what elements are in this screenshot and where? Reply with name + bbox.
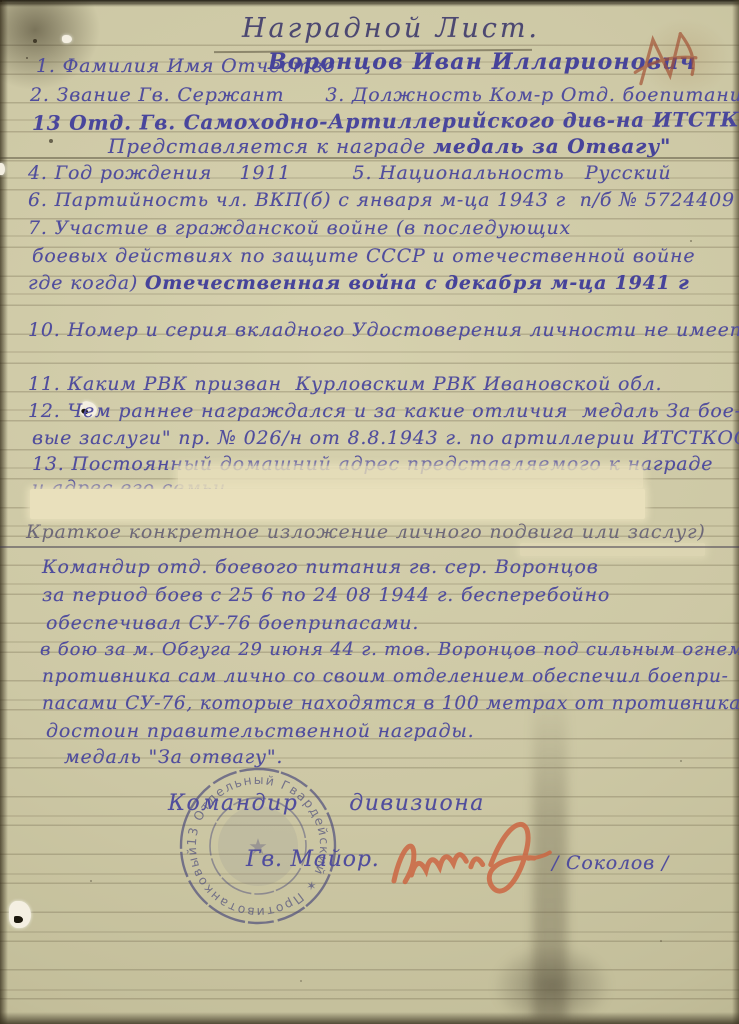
war3-value: Отечественная война с декабря м-ца 1941 … — [145, 272, 690, 294]
commander-rank: Гв. Майор. — [246, 848, 380, 872]
paper-chip — [62, 35, 72, 43]
citation-line-2: за период боев с 25 6 по 24 08 1944 г. б… — [42, 585, 610, 606]
field-rvk: 11. Каким РВК призван Курловским РВК Ива… — [28, 374, 662, 395]
citation-line-4: в бою за м. Обгуга 29 июня 44 г. тов. Во… — [40, 640, 739, 660]
field-id-document: 10. Номер и серия вкладного Удостоверени… — [28, 320, 739, 341]
signature-autograph-icon — [378, 806, 578, 911]
citation-line-5: противника сам лично со своим отделением… — [42, 667, 729, 687]
war3-label: где когда) — [28, 272, 145, 294]
summary-section-header: Краткое конкретное изложение личного под… — [26, 522, 706, 543]
award-value: медаль за Отвагу" — [433, 134, 671, 158]
section-rule — [0, 157, 739, 159]
paper-specks — [0, 0, 2, 2]
redaction-band-main — [30, 489, 645, 519]
citation-line-7: достоин правительственной награды. — [46, 721, 475, 742]
summary-rule — [0, 546, 739, 548]
field-war-participation-2: боевых действиях по защите СССР и отечес… — [32, 246, 695, 267]
redaction-band-upper — [178, 466, 643, 488]
field-previous-awards-2: вые заслуги" пр. № 026/н от 8.8.1943 г. … — [32, 428, 739, 449]
punch-hole — [9, 901, 31, 928]
award-sheet-scan: Наградной Лист. 1. Фамилия Имя Отчество … — [0, 0, 739, 1024]
award-label: Представляется к награде — [108, 134, 426, 158]
redaction-band-small — [520, 543, 705, 556]
paper-edge-bottom — [0, 1012, 739, 1024]
paper-edge-left — [0, 0, 8, 1024]
field-unit: 13 Отд. Гв. Самоходно-Артиллерийского ди… — [32, 108, 739, 134]
field-party: 6. Партийность чл. ВКП(б) с января м-ца … — [28, 190, 735, 211]
red-pencil-scribble-icon — [626, 26, 734, 94]
field-award: Представляется к награде медаль за Отваг… — [108, 135, 671, 157]
paper-edge-top — [0, 0, 739, 7]
page-title: Наградной Лист. — [242, 14, 540, 44]
paper-edge-right — [732, 0, 739, 1024]
field-previous-awards-1: 12. Чем раннее награждался и за какие от… — [28, 401, 739, 422]
citation-line-3: обеспечивал СУ-76 боеприпасами. — [46, 613, 419, 634]
field-war-participation-1: 7. Участие в гражданской войне (в послед… — [28, 218, 571, 239]
citation-line-1: Командир отд. боевого питания гв. сер. В… — [42, 557, 599, 578]
citation-line-6: пасами СУ-76, которые находятся в 100 ме… — [42, 694, 739, 714]
field-birth-nationality: 4. Год рождения 1911 5. Национальность Р… — [28, 163, 671, 184]
field-war-participation-3: где когда) Отечественная война с декабря… — [28, 273, 690, 294]
